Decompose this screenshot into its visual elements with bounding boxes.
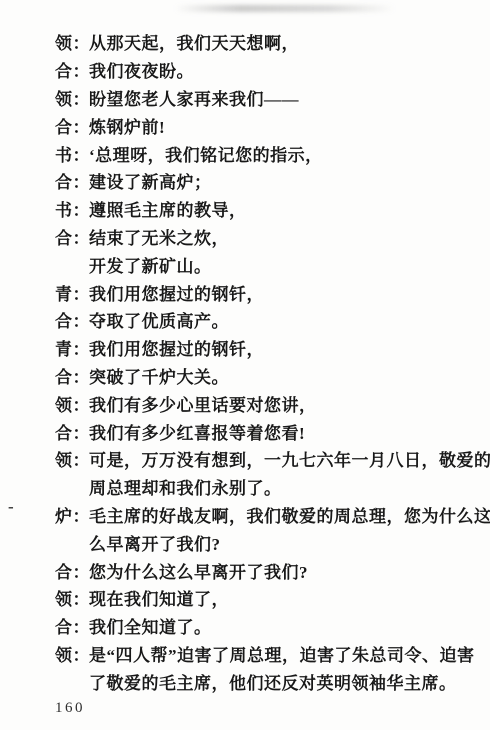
dialogue-text: 结束了无米之炊， xyxy=(89,224,490,249)
speaker-label: 领： xyxy=(55,29,89,54)
dialogue-text: 建设了新高炉； xyxy=(89,168,490,193)
speaker-label: 领： xyxy=(55,391,89,416)
dialogue-line: 书： 遵照毛主席的教导， xyxy=(0,195,490,223)
dialogue-line: 合： 突破了千炉大关。 xyxy=(0,362,490,390)
dialogue-line: 合： 炼钢炉前! xyxy=(0,111,490,139)
dialogue-line: 青： 我们用您握过的钢钎， xyxy=(0,334,490,362)
dialogue-text: 遵照毛主席的教导， xyxy=(89,196,490,221)
dialogue-text: ‘总理呀，我们铭记您的指示， xyxy=(89,141,490,166)
speaker-label: 领： xyxy=(55,446,89,471)
dialogue-text: 我们用您握过的钢钎， xyxy=(89,280,490,305)
dialogue-line: 领： 从那天起，我们天天想啊， xyxy=(0,28,490,56)
dialogue-text: 毛主席的好战友啊，我们敬爱的周总理，您为什么这 xyxy=(89,502,490,527)
speaker-label: 青： xyxy=(55,280,89,305)
dialogue-line: 合： 您为什么这么早离开了我们? xyxy=(0,556,490,584)
dialogue-text: 是“四人帮”迫害了周总理，迫害了朱总司令、迫害 xyxy=(89,641,490,666)
dialogue-text: 开发了新矿山。 xyxy=(89,252,490,277)
speaker-label: 合： xyxy=(55,57,89,82)
dialogue-text: 突破了千炉大关。 xyxy=(89,363,490,388)
speaker-label: 合： xyxy=(55,419,89,444)
page-number: 160 xyxy=(55,700,85,717)
dialogue-line: 合： 建设了新高炉； xyxy=(0,167,490,195)
speaker-label: 书： xyxy=(55,196,89,221)
dialogue-line: 领： 现在我们知道了， xyxy=(0,584,490,612)
speaker-label: 领： xyxy=(55,85,89,110)
dialogue-text: 炼钢炉前! xyxy=(89,113,490,138)
dialogue-text: 盼望您老人家再来我们—— xyxy=(89,85,490,110)
dialogue-line: 开发了新矿山。 xyxy=(0,250,490,278)
speaker-label: 合： xyxy=(55,613,89,638)
speaker-label: 领： xyxy=(55,585,89,610)
dialogue-text: 夺取了优质高产。 xyxy=(89,307,490,332)
speaker-label: 合： xyxy=(55,363,89,388)
dialogue-line: 合： 我们全知道了。 xyxy=(0,612,490,640)
dialogue-line: 周总理却和我们永别了。 xyxy=(0,473,490,501)
dialogue-text: 现在我们知道了， xyxy=(89,585,490,610)
dialogue-text: 从那天起，我们天天想啊， xyxy=(89,29,490,54)
speaker-label: 合： xyxy=(55,558,89,583)
speaker-label: 合： xyxy=(55,307,89,332)
speaker-label: 炉： xyxy=(55,502,89,527)
dialogue-line: 领： 盼望您老人家再来我们—— xyxy=(0,84,490,112)
dialogue-line: 领： 是“四人帮”迫害了周总理，迫害了朱总司令、迫害 xyxy=(0,640,490,668)
scanned-book-page: - 领： 从那天起，我们天天想啊， 合： 我们夜夜盼。 领： 盼望您老人家再来我… xyxy=(0,0,490,730)
dialogue-line: 炉： 毛主席的好战友啊，我们敬爱的周总理，您为什么这 xyxy=(0,501,490,529)
dialogue-line: 领： 可是，万万没有想到，一九七六年一月八日，敬爱的 xyxy=(0,445,490,473)
dialogue-text: 我们有多少红喜报等着您看! xyxy=(89,419,490,444)
dialogue-line: 书： ‘总理呀，我们铭记您的指示， xyxy=(0,139,490,167)
speaker-label: 书： xyxy=(55,141,89,166)
dialogue-line: 领： 我们有多少心里话要对您讲， xyxy=(0,389,490,417)
speaker-label: 领： xyxy=(55,641,89,666)
dialogue-lines: 领： 从那天起，我们天天想啊， 合： 我们夜夜盼。 领： 盼望您老人家再来我们—… xyxy=(0,0,490,695)
dialogue-text: 么早离开了我们? xyxy=(89,530,490,555)
dialogue-line: 合： 夺取了优质高产。 xyxy=(0,306,490,334)
margin-dash-mark: - xyxy=(8,497,14,517)
dialogue-text: 可是，万万没有想到，一九七六年一月八日，敬爱的 xyxy=(89,446,490,471)
dialogue-line: 么早离开了我们? xyxy=(0,528,490,556)
speaker-label: 合： xyxy=(55,168,89,193)
dialogue-line: 合： 结束了无米之炊， xyxy=(0,223,490,251)
dialogue-text: 我们夜夜盼。 xyxy=(89,57,490,82)
speaker-label: 合： xyxy=(55,113,89,138)
speaker-label: 合： xyxy=(55,224,89,249)
dialogue-text: 了敬爱的毛主席，他们还反对英明领袖华主席。 xyxy=(89,669,490,694)
dialogue-line: 了敬爱的毛主席，他们还反对英明领袖华主席。 xyxy=(0,667,490,695)
dialogue-text: 我们有多少心里话要对您讲， xyxy=(89,391,490,416)
dialogue-text: 周总理却和我们永别了。 xyxy=(89,474,490,499)
dialogue-line: 青： 我们用您握过的钢钎， xyxy=(0,278,490,306)
dialogue-text: 您为什么这么早离开了我们? xyxy=(89,558,490,583)
dialogue-text: 我们用您握过的钢钎， xyxy=(89,335,490,360)
dialogue-line: 合： 我们有多少红喜报等着您看! xyxy=(0,417,490,445)
dialogue-text: 我们全知道了。 xyxy=(89,613,490,638)
dialogue-line: 合： 我们夜夜盼。 xyxy=(0,56,490,84)
speaker-label: 青： xyxy=(55,335,89,360)
